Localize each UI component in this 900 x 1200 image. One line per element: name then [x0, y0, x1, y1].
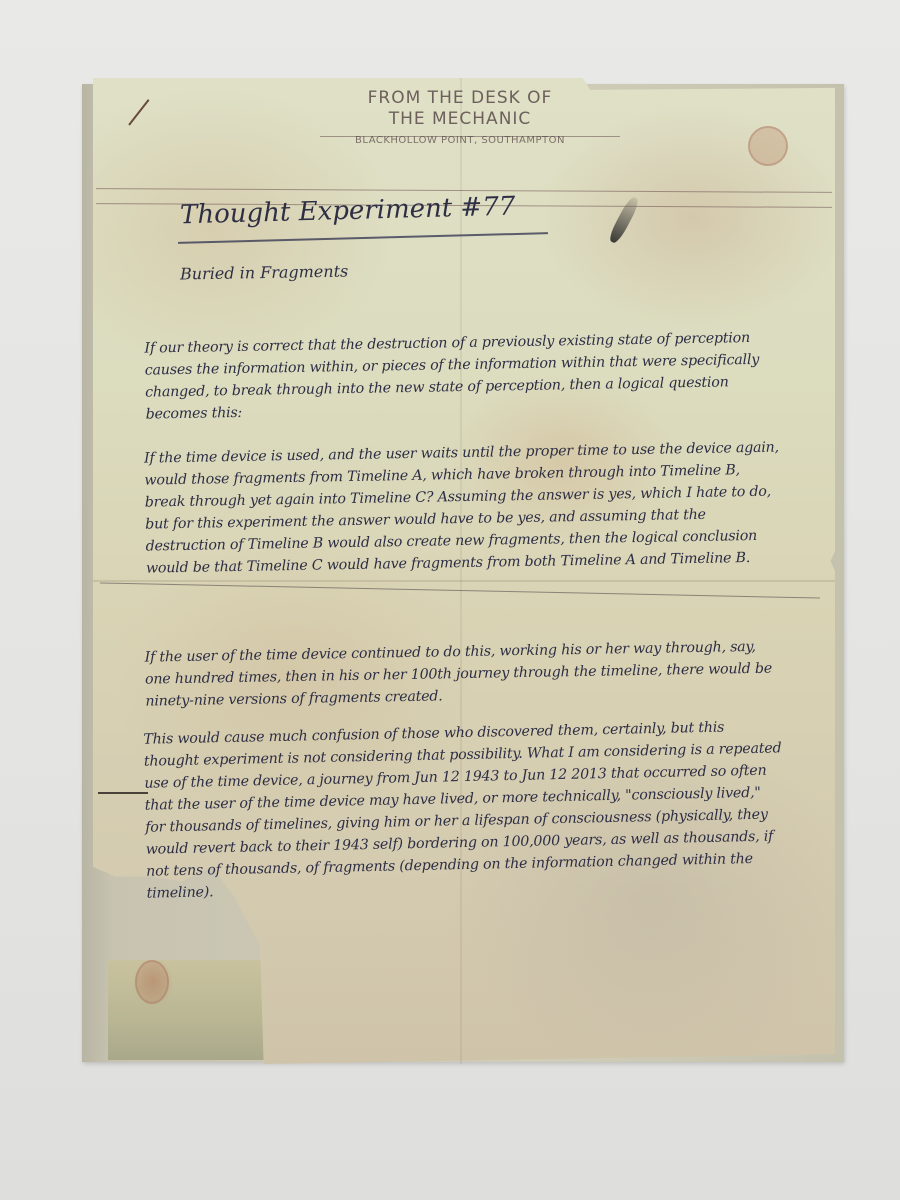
- coffee-stain: [748, 126, 788, 166]
- paragraph-2: If the time device is used, and the user…: [144, 436, 786, 579]
- document-subtitle: Buried in Fragments: [180, 262, 349, 284]
- horizontal-fold-crease: [93, 580, 835, 582]
- paragraph-text: If our theory is correct that the destru…: [144, 326, 785, 425]
- torn-lower-layer: [108, 960, 268, 1060]
- paragraph-3: If the user of the time device continued…: [144, 635, 785, 712]
- letterhead-line-2: THE MECHANIC: [300, 109, 620, 130]
- paragraph-text: If the time device is used, and the user…: [144, 436, 786, 579]
- letterhead-line-1: FROM THE DESK OF: [300, 88, 620, 109]
- paragraph-1: If our theory is correct that the destru…: [144, 326, 785, 425]
- paragraph-4: This would cause much confusion of those…: [143, 715, 787, 904]
- letterhead-address: BLACKHOLLOW POINT, SOUTHAMPTON: [300, 135, 620, 146]
- letterhead: FROM THE DESK OF THE MECHANIC BLACKHOLLO…: [300, 88, 620, 146]
- ink-mark: [98, 792, 148, 794]
- coffee-stain: [135, 960, 169, 1004]
- paragraph-text: If the user of the time device continued…: [144, 635, 785, 712]
- paragraph-text: This would cause much confusion of those…: [143, 715, 787, 904]
